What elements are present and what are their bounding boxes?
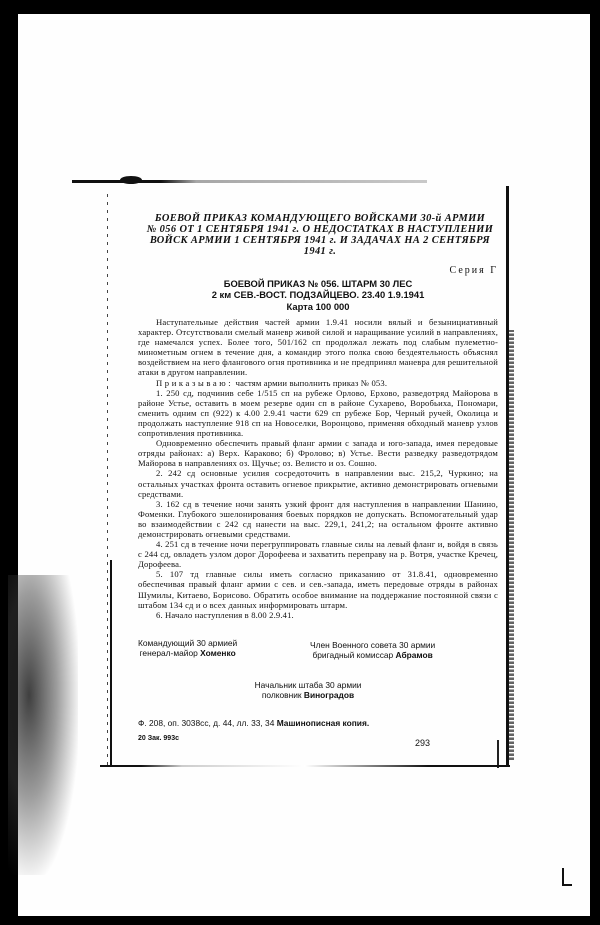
signature-rank-name: бригадный комиссар Абрамов (310, 650, 435, 660)
signature-title: Член Военного совета 30 армии (310, 640, 435, 650)
heading-line: 1941 г. (142, 246, 498, 257)
page-footer: 20 Зак. 993с 293 (138, 735, 498, 751)
command-paragraph: Приказываю: частям армии выполнить прика… (138, 378, 498, 388)
source-type: Машинописная копия. (277, 718, 369, 728)
paragraph: 3. 162 сд в течение ночи занять узкий фр… (138, 499, 498, 539)
order-title: БОЕВОЙ ПРИКАЗ № 056. ШТАРМ 30 ЛЕС 2 км С… (138, 278, 498, 312)
command-text: частям армии выполнить приказ № 053. (236, 378, 388, 388)
order-title-line: 2 км СЕВ.-ВОСТ. ПОДЗАЙЦЕВО. 23.40 1.9.19… (138, 289, 498, 300)
signature-name: Хоменко (200, 648, 236, 658)
paragraph: 4. 251 сд в течение ночи перегруппироват… (138, 539, 498, 569)
heading-line: БОЕВОЙ ПРИКАЗ КОМАНДУЮЩЕГО ВОЙСКАМИ 30-й… (142, 213, 498, 224)
signatures: Командующий 30 армией генерал-майор Хоме… (138, 638, 498, 678)
crop-mark (562, 868, 572, 886)
paragraph: 2. 242 сд основные усилия сосредоточить … (138, 468, 498, 498)
scan-blot (120, 176, 142, 184)
page-edge-left (107, 190, 108, 765)
map-label: Карта 100 000 (138, 301, 498, 312)
paragraph: 6. Начало наступления в 8.00 2.9.41. (138, 610, 498, 620)
signature-name: Абрамов (396, 650, 433, 660)
signature-title: Начальник штаба 30 армии (118, 680, 498, 690)
scan-smudge (8, 575, 78, 875)
order-title-line: БОЕВОЙ ПРИКАЗ № 056. ШТАРМ 30 ЛЕС (138, 278, 498, 289)
order-body: Наступательные действия частей армии 1.9… (138, 317, 498, 620)
document-heading: БОЕВОЙ ПРИКАЗ КОМАНДУЮЩЕГО ВОЙСКАМИ 30-й… (142, 213, 498, 257)
heading-line: ВОЙСК АРМИИ 1 СЕНТЯБРЯ 1941 г. И ЗАДАЧАХ… (142, 235, 498, 246)
signature-rank-name: генерал-майор Хоменко (138, 648, 237, 658)
archive-reference: Ф. 208, оп. 3038сс, д. 44, лл. 33, 34 (138, 718, 274, 728)
page-edge-left-lower (110, 560, 112, 765)
heading-line: № 056 ОТ 1 СЕНТЯБРЯ 1941 г. О НЕДОСТАТКА… (142, 224, 498, 235)
page-edge-right-shadow (509, 330, 514, 760)
series-label: Серия Г (138, 265, 498, 277)
paragraph: Наступательные действия частей армии 1.9… (138, 317, 498, 378)
signature-rank: генерал-майор (140, 648, 198, 658)
signature-rank: полковник (262, 690, 302, 700)
signature-rank-name: полковник Виноградов (118, 690, 498, 700)
signature-council-member: Член Военного совета 30 армии бригадный … (310, 640, 435, 660)
page-edge-bottom (100, 765, 510, 767)
print-order-code: 20 Зак. 993с (138, 735, 179, 742)
signature-rank: бригадный комиссар (312, 650, 393, 660)
signature-name: Виноградов (304, 690, 354, 700)
signature-chief-of-staff: Начальник штаба 30 армии полковник Виног… (118, 680, 498, 700)
paragraph: 1. 250 сд, подчинив себе 1/515 сп на руб… (138, 388, 498, 438)
paragraph: 5. 107 тд главные силы иметь согласно пр… (138, 569, 498, 609)
paragraph: Одновременно обеспечить правый фланг арм… (138, 438, 498, 468)
page-number: 293 (415, 738, 430, 748)
document-page: БОЕВОЙ ПРИКАЗ КОМАНДУЮЩЕГО ВОЙСКАМИ 30-й… (138, 213, 498, 751)
signature-title: Командующий 30 армией (138, 638, 237, 648)
command-word: Приказываю: (156, 378, 233, 388)
signature-commander: Командующий 30 армией генерал-майор Хоме… (138, 638, 237, 658)
archive-source: Ф. 208, оп. 3038сс, д. 44, лл. 33, 34 Ма… (138, 718, 498, 729)
